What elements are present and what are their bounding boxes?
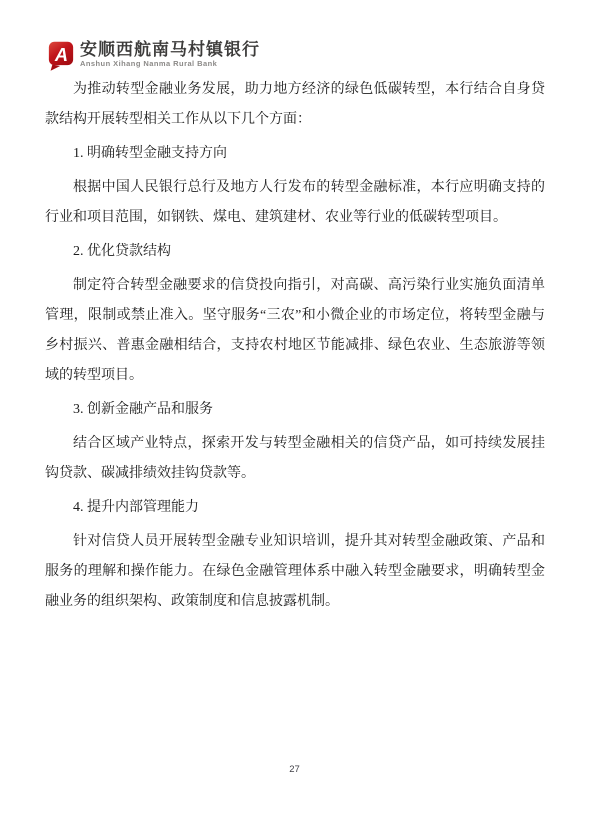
page-number: 27: [0, 764, 589, 775]
logo-letter: A: [54, 45, 68, 65]
bank-a-badge-icon: A: [48, 41, 74, 71]
bank-logo: A 安顺西航南马村镇银行 Anshun Xihang Nanma Rural B…: [48, 41, 260, 71]
document-page: A 安顺西航南马村镇银行 Anshun Xihang Nanma Rural B…: [0, 0, 589, 832]
document-body: 为推动转型金融业务发展，助力地方经济的绿色低碳转型，本行结合自身贷款结构开展转型…: [45, 75, 545, 621]
section-4-body: 针对信贷人员开展转型金融专业知识培训，提升其对转型金融政策、产品和服务的理解和操…: [45, 527, 545, 617]
section-4-heading: 4. 提升内部管理能力: [45, 493, 545, 523]
bank-name-cn: 安顺西航南马村镇银行: [80, 41, 260, 58]
section-2-body: 制定符合转型金融要求的信贷投向指引，对高碳、高污染行业实施负面清单管理，限制或禁…: [45, 271, 545, 391]
section-3-heading: 3. 创新金融产品和服务: [45, 395, 545, 425]
section-2-heading: 2. 优化贷款结构: [45, 237, 545, 267]
section-1-heading: 1. 明确转型金融支持方向: [45, 139, 545, 169]
bank-logo-text: 安顺西航南马村镇银行 Anshun Xihang Nanma Rural Ban…: [80, 41, 260, 68]
bank-name-en: Anshun Xihang Nanma Rural Bank: [80, 60, 260, 68]
section-1-body: 根据中国人民银行总行及地方人行发布的转型金融标准，本行应明确支持的行业和项目范围…: [45, 173, 545, 233]
intro-paragraph: 为推动转型金融业务发展，助力地方经济的绿色低碳转型，本行结合自身贷款结构开展转型…: [45, 75, 545, 135]
section-3-body: 结合区域产业特点，探索开发与转型金融相关的信贷产品，如可持续发展挂钩贷款、碳减排…: [45, 429, 545, 489]
